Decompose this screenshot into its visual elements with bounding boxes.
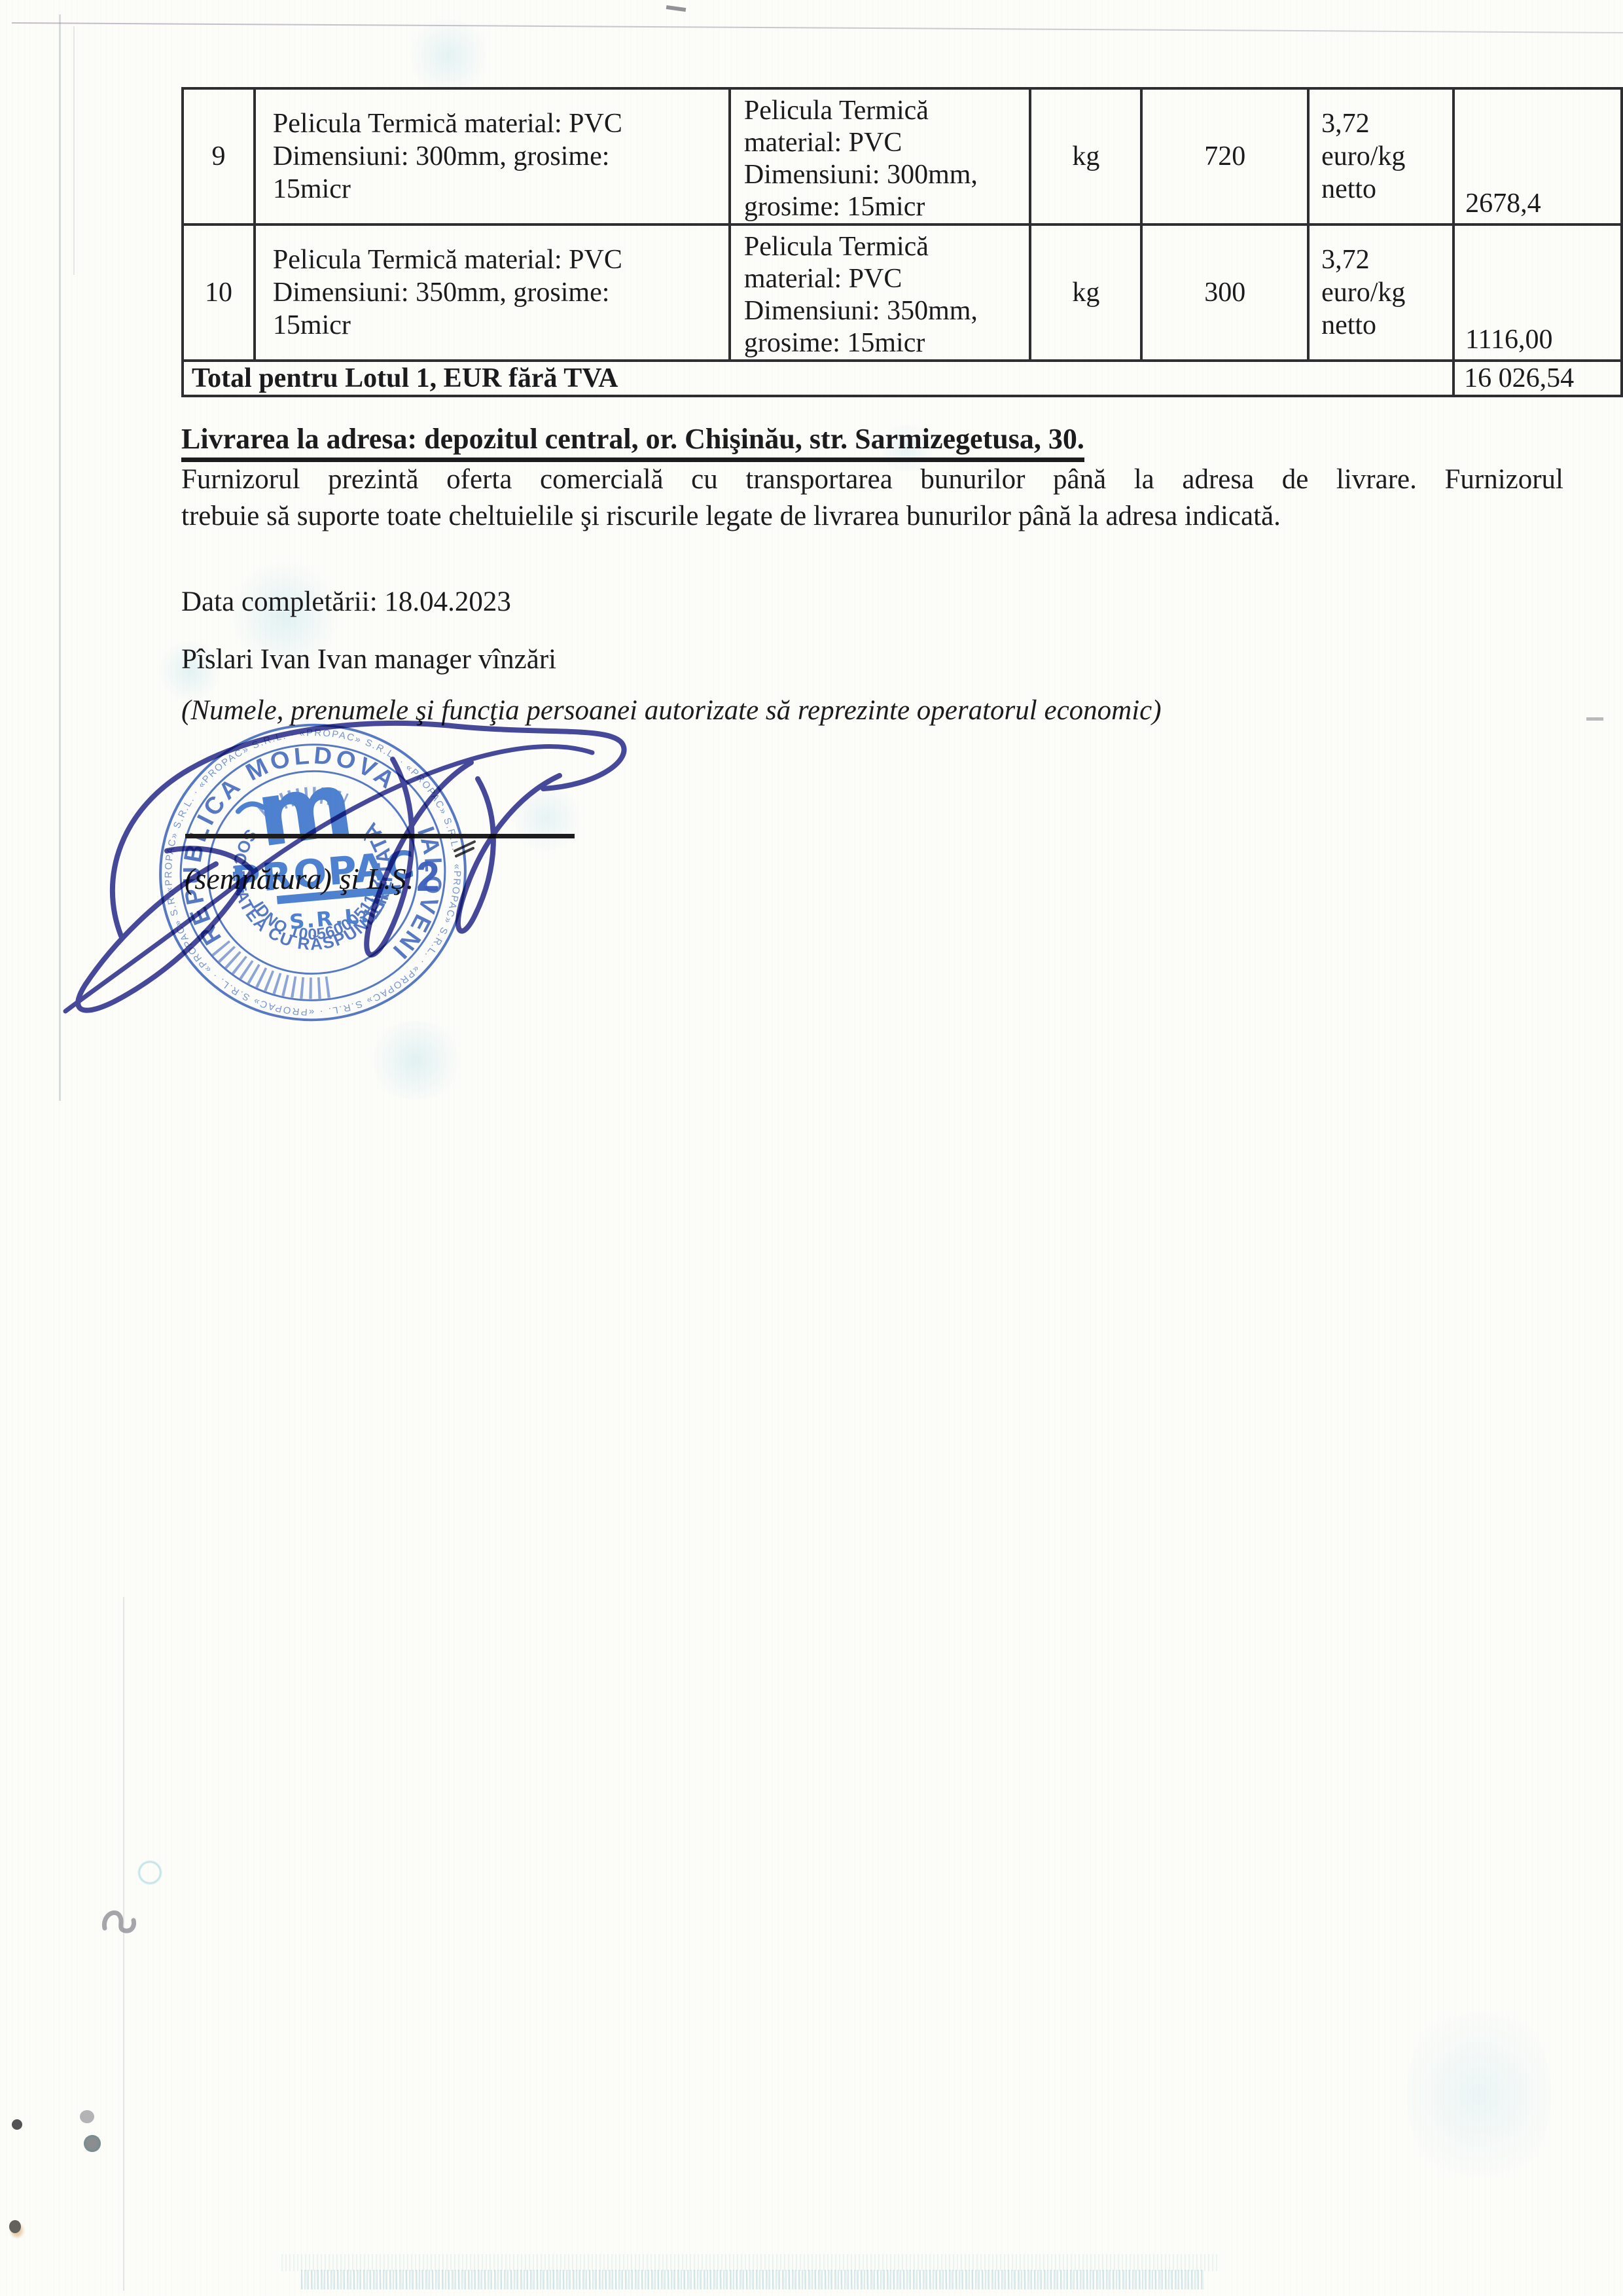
pencil-scribble <box>97 1897 143 1943</box>
signature-scribble <box>26 704 654 1044</box>
lot-total-value: 16 026,54 <box>1454 361 1622 396</box>
row-number: 9 <box>183 88 255 224</box>
row-total-cell: 1116,00 <box>1454 224 1622 361</box>
unit-price-cell: 3,72 euro/kg netto <box>1308 224 1454 361</box>
scan-speck <box>80 2110 94 2123</box>
table-total-row: Total pentru Lotul 1, EUR fără TVA 16 02… <box>183 361 1622 396</box>
row-total-cell: 2678,4 <box>1454 88 1622 224</box>
scan-speck <box>84 2135 101 2152</box>
lot-total-label: Total pentru Lotul 1, EUR fără TVA <box>183 361 1454 396</box>
ink-ring-mark <box>137 1860 162 1885</box>
signatory-line: Pîslari Ivan Ivan manager vînzări <box>181 643 556 675</box>
delivery-heading: Livrarea la adresa: depozitul central, o… <box>181 422 1084 456</box>
scan-speck <box>9 2220 21 2233</box>
scan-speck <box>666 5 687 12</box>
unit-cell: kg <box>1030 224 1141 361</box>
offer-table: 9 Pelicula Termică material: PVC Dimensi… <box>181 87 1623 397</box>
scan-speck <box>1586 717 1603 721</box>
unit-cell: kg <box>1030 88 1141 224</box>
scan-speck <box>12 2119 22 2130</box>
item-description-offered: Pelicula Termică material: PVC Dimensiun… <box>730 224 1030 361</box>
item-description: Pelicula Termică material: PVC Dimensiun… <box>255 88 730 224</box>
quantity-cell: 300 <box>1141 224 1308 361</box>
table-row: 10 Pelicula Termică material: PVC Dimens… <box>183 224 1622 361</box>
item-description-offered: Pelicula Termică material: PVC Dimensiun… <box>730 88 1030 224</box>
ink-smudge <box>406 20 491 92</box>
row-number: 10 <box>183 224 255 361</box>
item-description: Pelicula Termică material: PVC Dimensiun… <box>255 224 730 361</box>
quantity-cell: 720 <box>1141 88 1308 224</box>
scanner-paper-edge <box>12 22 1623 33</box>
delivery-paragraph: Furnizorul prezintă oferta comercială cu… <box>181 461 1563 535</box>
ink-smudge <box>1407 1996 1551 2193</box>
scanner-bottom-speckle <box>281 2254 1217 2271</box>
completion-date: Data completării: 18.04.2023 <box>181 586 511 618</box>
scanned-offer-page: 9 Pelicula Termică material: PVC Dimensi… <box>0 0 1623 2296</box>
table-row: 9 Pelicula Termică material: PVC Dimensi… <box>183 88 1622 224</box>
paragraph-line: Furnizorul prezintă oferta comercială cu… <box>181 461 1563 498</box>
unit-price-cell: 3,72 euro/kg netto <box>1308 88 1454 224</box>
scanner-bottom-speckle <box>301 2270 1204 2289</box>
scan-fold-line <box>73 26 75 275</box>
scan-fold-line <box>123 1597 124 2291</box>
paragraph-line: trebuie să suporte toate cheltuielile şi… <box>181 498 1563 535</box>
